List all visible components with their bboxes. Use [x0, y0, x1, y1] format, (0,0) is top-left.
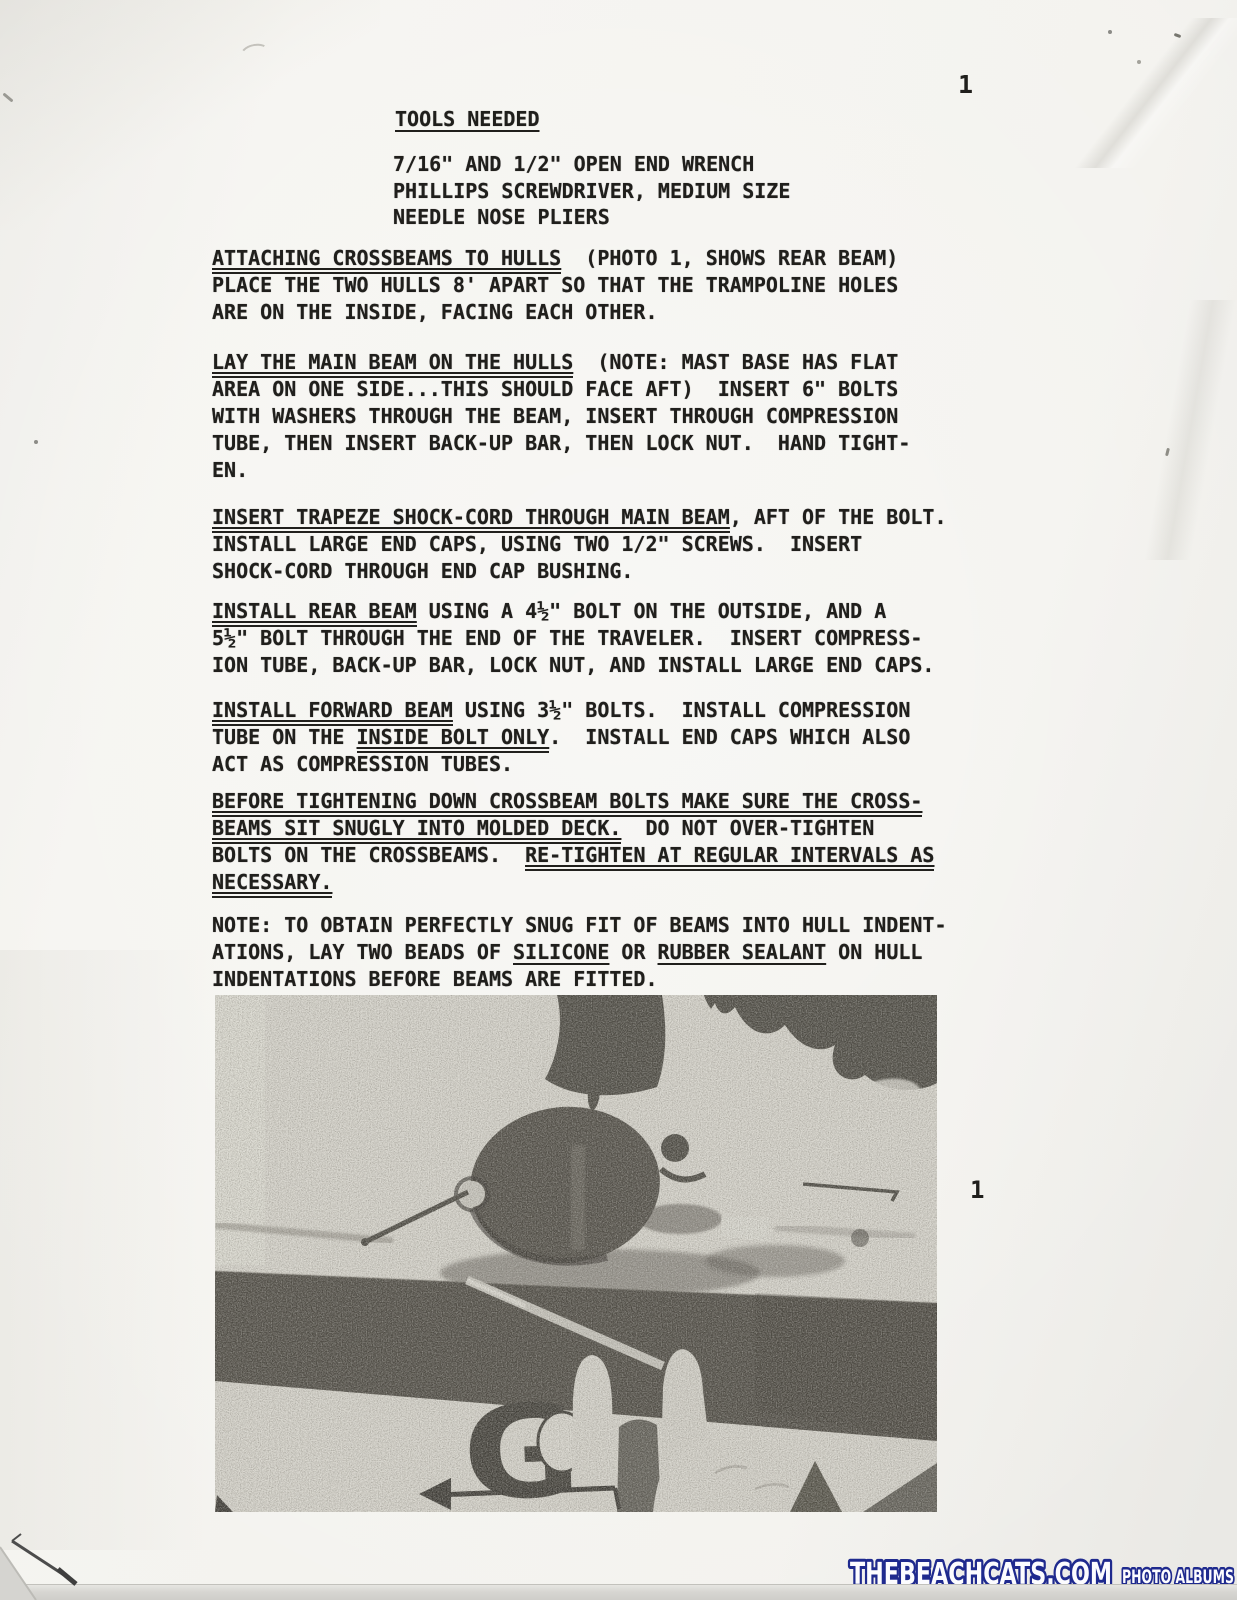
text-line: ATIONS, LAY TWO BEADS OF SILICONE OR RUB…: [212, 939, 947, 966]
text-line: SHOCK-CORD THROUGH END CAP BUSHING.: [212, 558, 947, 585]
text: (NOTE: MAST BASE HAS FLAT: [573, 350, 898, 374]
underlined-text: NECESSARY.: [212, 870, 332, 898]
staple-mark: [1174, 33, 1182, 38]
page-number: 1: [958, 70, 973, 99]
text-line: INDENTATIONS BEFORE BEAMS ARE FITTED.: [212, 966, 947, 993]
text: INDENTATIONS BEFORE BEAMS ARE FITTED.: [212, 967, 658, 991]
text: EN.: [212, 458, 248, 482]
text: PLACE THE TWO HULLS 8' APART SO THAT THE…: [212, 273, 898, 297]
text: TUBE ON THE: [212, 725, 357, 749]
underlined-text: INSERT TRAPEZE SHOCK-CORD THROUGH MAIN B…: [212, 505, 730, 533]
text-line: ION TUBE, BACK-UP BAR, LOCK NUT, AND INS…: [212, 652, 934, 679]
text-line: PLACE THE TWO HULLS 8' APART SO THAT THE…: [212, 272, 898, 299]
text-line: TUBE, THEN INSERT BACK-UP BAR, THEN LOCK…: [212, 430, 910, 457]
underlined-text: BEAMS SIT SNUGLY INTO MOLDED DECK.: [212, 816, 621, 844]
paper-crease: [0, 0, 380, 230]
underlined-text: INSTALL FORWARD BEAM: [212, 698, 453, 726]
text: ON HULL: [826, 940, 922, 964]
underlined-text: INSTALL REAR BEAM: [212, 599, 417, 627]
text: INSTALL LARGE END CAPS, USING TWO 1/2" S…: [212, 532, 862, 556]
underlined-text: LAY THE MAIN BEAM ON THE HULLS: [212, 350, 573, 378]
pencil-flick: [12, 1534, 21, 1541]
text: , AFT OF THE BOLT.: [730, 505, 947, 529]
pencil-line: [58, 1569, 76, 1584]
text: ARE ON THE INSIDE, FACING EACH OTHER.: [212, 300, 658, 324]
tools-title-text: TOOLS NEEDED: [395, 107, 540, 131]
text-line: INSTALL REAR BEAM USING A 4½" BOLT ON TH…: [212, 598, 934, 625]
text: BOLTS ON THE CROSSBEAMS.: [212, 843, 525, 867]
underlined-text: ATTACHING CROSSBEAMS TO HULLS: [212, 246, 561, 274]
text: (PHOTO 1, SHOWS REAR BEAM): [561, 246, 898, 270]
paragraph-1: ATTACHING CROSSBEAMS TO HULLS (PHOTO 1, …: [212, 245, 898, 326]
paragraph-2: LAY THE MAIN BEAM ON THE HULLS (NOTE: MA…: [212, 349, 910, 484]
paper-crease: [1128, 300, 1237, 560]
tool-item: NEEDLE NOSE PLIERS: [393, 204, 790, 231]
text: USING A 4½" BOLT ON THE OUTSIDE, AND A: [417, 599, 887, 623]
scan-edge: [0, 1584, 1237, 1600]
text-line: TUBE ON THE INSIDE BOLT ONLY. INSTALL EN…: [212, 724, 910, 751]
text-line: INSTALL FORWARD BEAM USING 3½" BOLTS. IN…: [212, 697, 910, 724]
text-line: NOTE: TO OBTAIN PERFECTLY SNUG FIT OF BE…: [212, 912, 947, 939]
ink-speck: [34, 440, 38, 444]
text-line: ATTACHING CROSSBEAMS TO HULLS (PHOTO 1, …: [212, 245, 898, 272]
text: USING 3½" BOLTS. INSTALL COMPRESSION: [453, 698, 911, 722]
corner-pencil-mark: [0, 1505, 140, 1600]
text: OR: [609, 940, 657, 964]
underlined-text: INSIDE BOLT ONLY: [357, 725, 550, 753]
text-line: BEFORE TIGHTENING DOWN CROSSBEAM BOLTS M…: [212, 788, 934, 815]
scanned-page: 1 TOOLS NEEDED 7/16" AND 1/2" OPEN END W…: [0, 0, 1237, 1600]
text: ACT AS COMPRESSION TUBES.: [212, 752, 513, 776]
text: TUBE, THEN INSERT BACK-UP BAR, THEN LOCK…: [212, 431, 910, 455]
staple-mark: [1137, 60, 1141, 64]
paper-crease: [1058, 18, 1237, 168]
text: SHOCK-CORD THROUGH END CAP BUSHING.: [212, 559, 633, 583]
underlined-text: SILICONE: [513, 940, 609, 964]
text-line: EN.: [212, 457, 910, 484]
photo-label: 1: [970, 1176, 984, 1204]
text-line: LAY THE MAIN BEAM ON THE HULLS (NOTE: MA…: [212, 349, 910, 376]
text-line: WITH WASHERS THROUGH THE BEAM, INSERT TH…: [212, 403, 910, 430]
text-line: INSERT TRAPEZE SHOCK-CORD THROUGH MAIN B…: [212, 504, 947, 531]
underlined-text: RE-TIGHTEN AT REGULAR INTERVALS AS: [525, 843, 934, 871]
tool-item: PHILLIPS SCREWDRIVER, MEDIUM SIZE: [393, 178, 790, 205]
tool-item: 7/16" AND 1/2" OPEN END WRENCH: [393, 151, 790, 178]
pencil-line: [12, 1541, 64, 1575]
paper-crease: [0, 950, 215, 1550]
underlined-text: RUBBER SEALANT: [658, 940, 827, 964]
text-line: NECESSARY.: [212, 869, 934, 896]
edge-mark: [2, 92, 13, 102]
paragraph-4: INSTALL REAR BEAM USING A 4½" BOLT ON TH…: [212, 598, 934, 679]
text: . INSTALL END CAPS WHICH ALSO: [549, 725, 910, 749]
text: WITH WASHERS THROUGH THE BEAM, INSERT TH…: [212, 404, 898, 428]
text: ION TUBE, BACK-UP BAR, LOCK NUT, AND INS…: [212, 653, 934, 677]
tools-section-title: TOOLS NEEDED: [395, 106, 540, 133]
text-line: ACT AS COMPRESSION TUBES.: [212, 751, 910, 778]
assembly-photo-rear-beam: G: [215, 995, 937, 1512]
ink-speck: [1165, 448, 1170, 456]
underlined-text: BEFORE TIGHTENING DOWN CROSSBEAM BOLTS M…: [212, 789, 922, 817]
paragraph-3: INSERT TRAPEZE SHOCK-CORD THROUGH MAIN B…: [212, 504, 947, 585]
text-line: 5½" BOLT THROUGH THE END OF THE TRAVELER…: [212, 625, 934, 652]
paragraph-5: INSTALL FORWARD BEAM USING 3½" BOLTS. IN…: [212, 697, 910, 778]
text: 5½" BOLT THROUGH THE END OF THE TRAVELER…: [212, 626, 922, 650]
text: NOTE: TO OBTAIN PERFECTLY SNUG FIT OF BE…: [212, 913, 947, 937]
crease-squiggle: [238, 41, 272, 67]
text-line: BOLTS ON THE CROSSBEAMS. RE-TIGHTEN AT R…: [212, 842, 934, 869]
halftone-noise-light: [215, 995, 937, 1512]
tools-list: 7/16" AND 1/2" OPEN END WRENCHPHILLIPS S…: [393, 151, 790, 231]
text-line: INSTALL LARGE END CAPS, USING TWO 1/2" S…: [212, 531, 947, 558]
text-line: ARE ON THE INSIDE, FACING EACH OTHER.: [212, 299, 898, 326]
text-line: BEAMS SIT SNUGLY INTO MOLDED DECK. DO NO…: [212, 815, 934, 842]
text: AREA ON ONE SIDE...THIS SHOULD FACE AFT)…: [212, 377, 898, 401]
text: ATIONS, LAY TWO BEADS OF: [212, 940, 513, 964]
text: DO NOT OVER-TIGHTEN: [621, 816, 874, 840]
staple-mark: [1108, 30, 1112, 34]
paragraph-6: BEFORE TIGHTENING DOWN CROSSBEAM BOLTS M…: [212, 788, 934, 896]
paragraph-7: NOTE: TO OBTAIN PERFECTLY SNUG FIT OF BE…: [212, 912, 947, 993]
text-line: AREA ON ONE SIDE...THIS SHOULD FACE AFT)…: [212, 376, 910, 403]
